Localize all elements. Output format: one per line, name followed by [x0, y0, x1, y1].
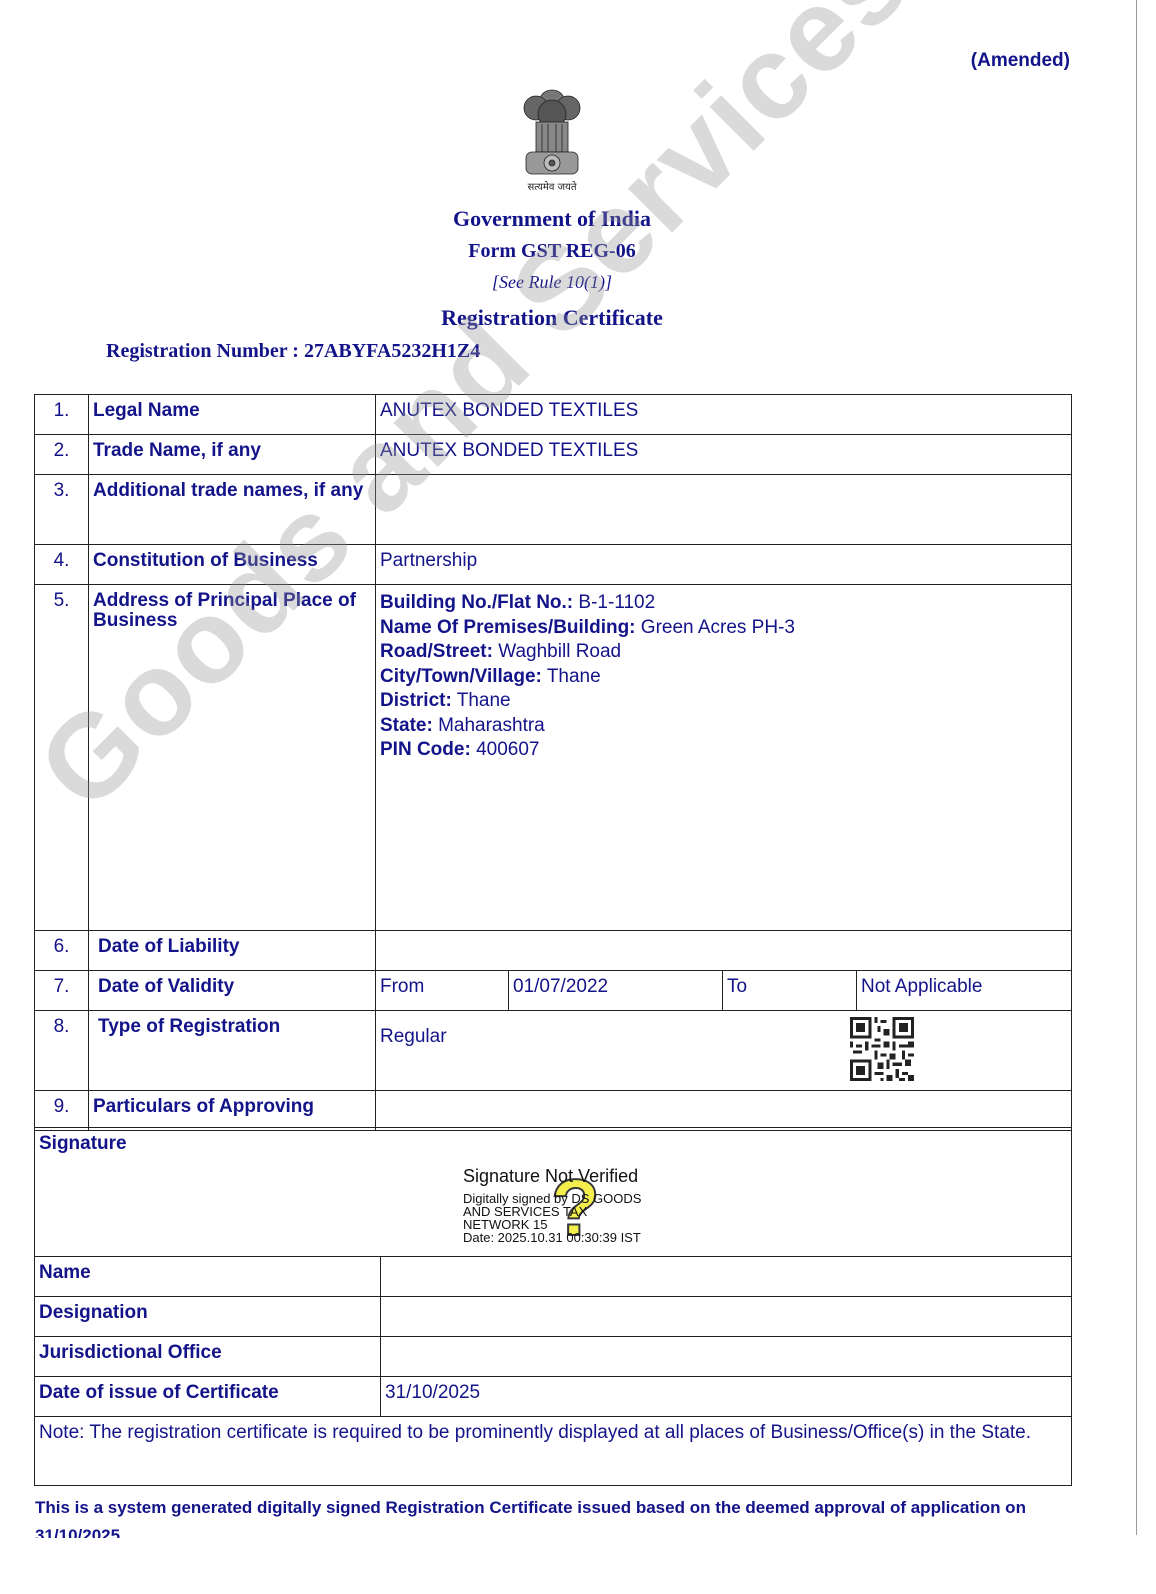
constitution-label: Constitution of Business [89, 545, 376, 585]
designation-label: Designation [35, 1297, 381, 1337]
table-row: 5. Address of Principal Place of Busines… [35, 585, 1072, 931]
qr-code-icon[interactable] [850, 1017, 914, 1081]
table-row: Jurisdictional Office [35, 1337, 1072, 1377]
date-of-liability-label: Date of Liability [89, 931, 376, 971]
signature-status: Signature Not Verified [463, 1166, 641, 1186]
table-row: 8. Type of Registration Regular [35, 1011, 1072, 1091]
constitution-value: Partnership [376, 545, 1072, 585]
registration-type-label: Type of Registration [89, 1011, 376, 1091]
address-label: Address of Principal Place of Business [89, 585, 376, 931]
address-road: Road/Street: Waghbill Road [380, 640, 1067, 665]
note-row: Note: The registration certificate is re… [35, 1417, 1072, 1486]
officer-name-value [381, 1257, 1072, 1297]
amended-tag: (Amended) [971, 50, 1070, 72]
additional-trade-names-label: Additional trade names, if any [89, 475, 376, 545]
officer-name-label: Name [35, 1257, 381, 1297]
trade-name-label: Trade Name, if any [89, 435, 376, 475]
issue-date-value: 31/10/2025 [381, 1377, 1072, 1417]
table-row: Designation [35, 1297, 1072, 1337]
table-row: 4. Constitution of Business Partnership [35, 545, 1072, 585]
additional-trade-names-value [376, 475, 1072, 545]
display-note: Note: The registration certificate is re… [35, 1417, 1072, 1486]
registration-number-label: Registration Number : [106, 340, 299, 362]
date-of-validity-label: Date of Validity [89, 971, 376, 1011]
signature-table: Signature ? Signature Not Verified Digit… [34, 1127, 1072, 1486]
table-row: 7. Date of Validity From 01/07/2022 To N… [35, 971, 1072, 1011]
government-heading: Government of India [0, 206, 1104, 232]
system-generated-footer: This is a system generated digitally sig… [35, 1494, 1065, 1538]
validity-from-label: From [376, 971, 509, 1011]
table-row: Date of issue of Certificate 31/10/2025 [35, 1377, 1072, 1417]
address-value: Building No./Flat No.: B-1-1102 Name Of … [376, 585, 1072, 931]
validity-from-date: 01/07/2022 [509, 971, 723, 1011]
page-edge-rule [1136, 0, 1137, 1535]
address-district: District: Thane [380, 689, 1067, 714]
signature-label: Signature [39, 1133, 127, 1154]
svg-text:सत्यमेव जयते: सत्यमेव जयते [527, 181, 576, 193]
approving-particulars-value [376, 1091, 1072, 1131]
signature-date: Date: 2025.10.31 00:30:39 IST [463, 1231, 641, 1244]
address-premises: Name Of Premises/Building: Green Acres P… [380, 616, 1067, 641]
certificate-table: 1. Legal Name ANUTEX BONDED TEXTILES 2. … [34, 394, 1072, 1131]
designation-value [381, 1297, 1072, 1337]
issue-date-label: Date of issue of Certificate [35, 1377, 381, 1417]
address-pin: PIN Code: 400607 [380, 738, 1067, 763]
legal-name-label: Legal Name [89, 395, 376, 435]
validity-to-label: To [723, 971, 857, 1011]
registration-number-value: 27ABYFA5232H1Z4 [304, 340, 480, 362]
validity-to-date: Not Applicable [857, 971, 1072, 1011]
form-title: Form GST REG-06 [0, 240, 1104, 263]
jurisdictional-office-value [381, 1337, 1072, 1377]
address-city: City/Town/Village: Thane [380, 665, 1067, 690]
rule-reference: [See Rule 10(1)] [0, 272, 1104, 293]
legal-name-value: ANUTEX BONDED TEXTILES [376, 395, 1072, 435]
registration-number: Registration Number : 27ABYFA5232H1Z4 [106, 340, 480, 363]
jurisdictional-office-label: Jurisdictional Office [35, 1337, 381, 1377]
registration-type-value: Regular [376, 1011, 1072, 1091]
address-state: State: Maharashtra [380, 714, 1067, 739]
document-title: Registration Certificate [0, 305, 1104, 331]
table-row: Name [35, 1257, 1072, 1297]
signature-row: Signature ? Signature Not Verified Digit… [35, 1128, 1072, 1257]
date-of-liability-value [376, 931, 1072, 971]
signature-cell: Signature ? Signature Not Verified Digit… [35, 1128, 1072, 1257]
table-row: 1. Legal Name ANUTEX BONDED TEXTILES [35, 395, 1072, 435]
national-emblem-icon: सत्यमेव जयते [514, 82, 590, 194]
trade-name-value: ANUTEX BONDED TEXTILES [376, 435, 1072, 475]
table-row: 3. Additional trade names, if any [35, 475, 1072, 545]
table-row: 6. Date of Liability [35, 931, 1072, 971]
table-row: 2. Trade Name, if any ANUTEX BONDED TEXT… [35, 435, 1072, 475]
table-row: 9. Particulars of Approving [35, 1091, 1072, 1131]
address-building: Building No./Flat No.: B-1-1102 [380, 591, 1067, 616]
digital-signature-block[interactable]: Signature Not Verified Digitally signed … [463, 1166, 641, 1244]
approving-particulars-label: Particulars of Approving [89, 1091, 376, 1131]
